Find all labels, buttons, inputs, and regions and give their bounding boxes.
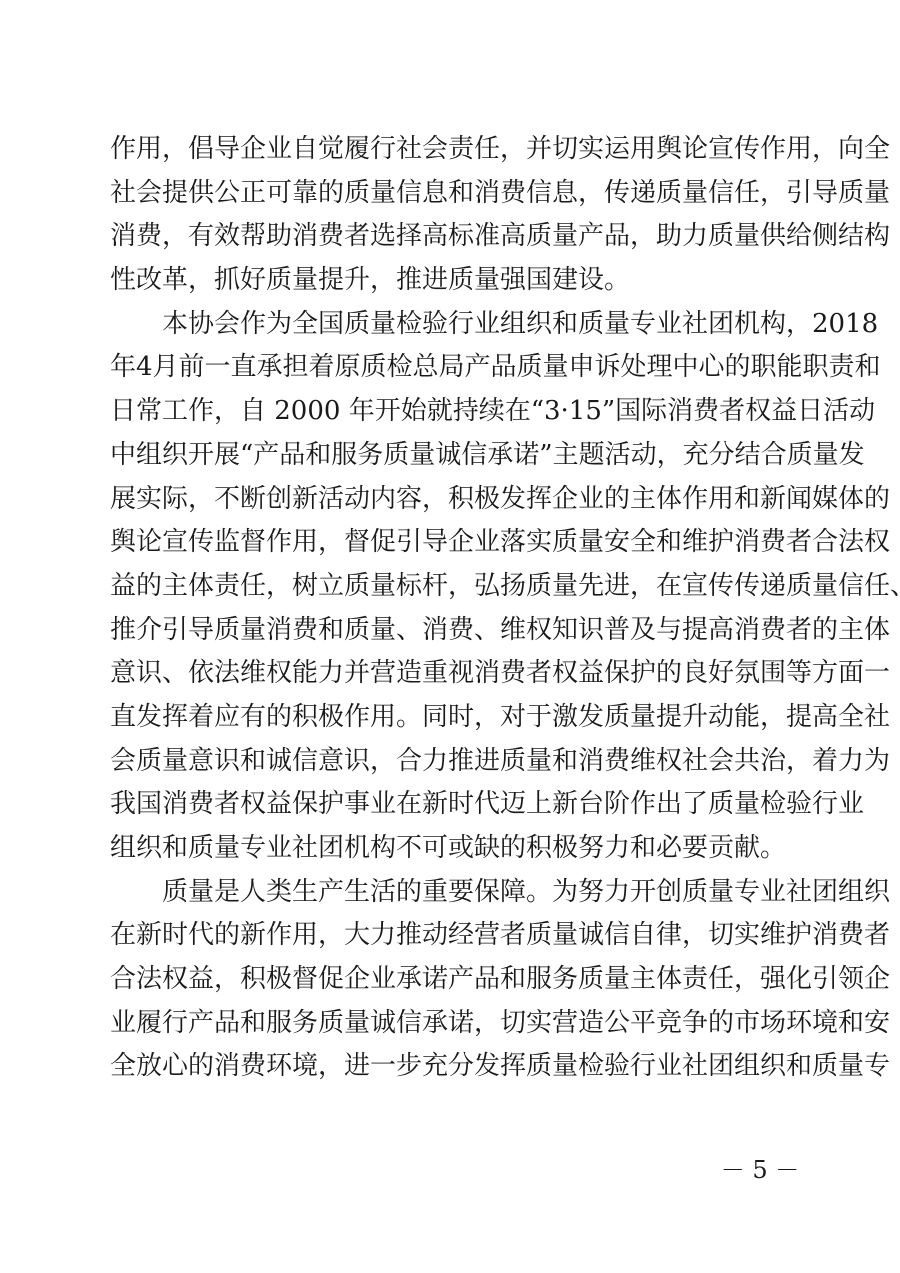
- text-line: 质量是人类生产生活的重要保障。为努力开创质量专业社团组织: [110, 871, 792, 915]
- text-line: 本协会作为全国质量检验行业组织和质量专业社团机构，2018: [110, 303, 792, 347]
- paragraph-2: 本协会作为全国质量检验行业组织和质量专业社团机构，2018 年4月前一直承担着原…: [110, 303, 792, 871]
- body-text: 作用，倡导企业自觉履行社会责任，并切实运用舆论宣传作用，向全 社会提供公正可靠的…: [110, 128, 792, 1089]
- text-line: 益的主体责任，树立质量标杆，弘扬质量先进，在宣传传递质量信任、: [110, 565, 792, 609]
- text-line: 展实际，不断创新活动内容，积极发挥企业的主体作用和新闻媒体的: [110, 478, 792, 522]
- text-line: 年4月前一直承担着原质检总局产品质量申诉处理中心的职能职责和: [110, 346, 792, 390]
- page-number: － 5 －: [720, 1150, 800, 1185]
- text-line: 中组织开展“产品和服务质量诚信承诺”主题活动，充分结合质量发: [110, 434, 792, 478]
- text-line: 会质量意识和诚信意识，合力推进质量和消费维权社会共治，着力为: [110, 740, 792, 784]
- text-line: 直发挥着应有的积极作用。同时，对于激发质量提升动能，提高全社: [110, 696, 792, 740]
- text-line: 我国消费者权益保护事业在新时代迈上新台阶作出了质量检验行业: [110, 783, 792, 827]
- text-line: 日常工作，自 2000 年开始就持续在“3·15”国际消费者权益日活动: [110, 390, 792, 434]
- text-line: 在新时代的新作用，大力推动经营者质量诚信自律，切实维护消费者: [110, 914, 792, 958]
- text-line: 作用，倡导企业自觉履行社会责任，并切实运用舆论宣传作用，向全: [110, 128, 792, 172]
- text-line: 组织和质量专业社团机构不可或缺的积极努力和必要贡献。: [110, 827, 792, 871]
- text-line: 舆论宣传监督作用，督促引导企业落实质量安全和维护消费者合法权: [110, 521, 792, 565]
- text-line: 全放心的消费环境，进一步充分发挥质量检验行业社团组织和质量专: [110, 1045, 792, 1089]
- text-line: 意识、依法维权能力并营造重视消费者权益保护的良好氛围等方面一: [110, 652, 792, 696]
- text-line: 社会提供公正可靠的质量信息和消费信息，传递质量信任，引导质量: [110, 172, 792, 216]
- text-line: 消费，有效帮助消费者选择高标准高质量产品，助力质量供给侧结构: [110, 215, 792, 259]
- document-page: 作用，倡导企业自觉履行社会责任，并切实运用舆论宣传作用，向全 社会提供公正可靠的…: [0, 0, 900, 1273]
- text-line: 性改革，抓好质量提升，推进质量强国建设。: [110, 259, 792, 303]
- text-line: 推介引导质量消费和质量、消费、维权知识普及与提高消费者的主体: [110, 609, 792, 653]
- text-line: 合法权益，积极督促企业承诺产品和服务质量主体责任，强化引领企: [110, 958, 792, 1002]
- paragraph-1: 作用，倡导企业自觉履行社会责任，并切实运用舆论宣传作用，向全 社会提供公正可靠的…: [110, 128, 792, 303]
- paragraph-3: 质量是人类生产生活的重要保障。为努力开创质量专业社团组织 在新时代的新作用，大力…: [110, 871, 792, 1089]
- text-line: 业履行产品和服务质量诚信承诺，切实营造公平竞争的市场环境和安: [110, 1002, 792, 1046]
